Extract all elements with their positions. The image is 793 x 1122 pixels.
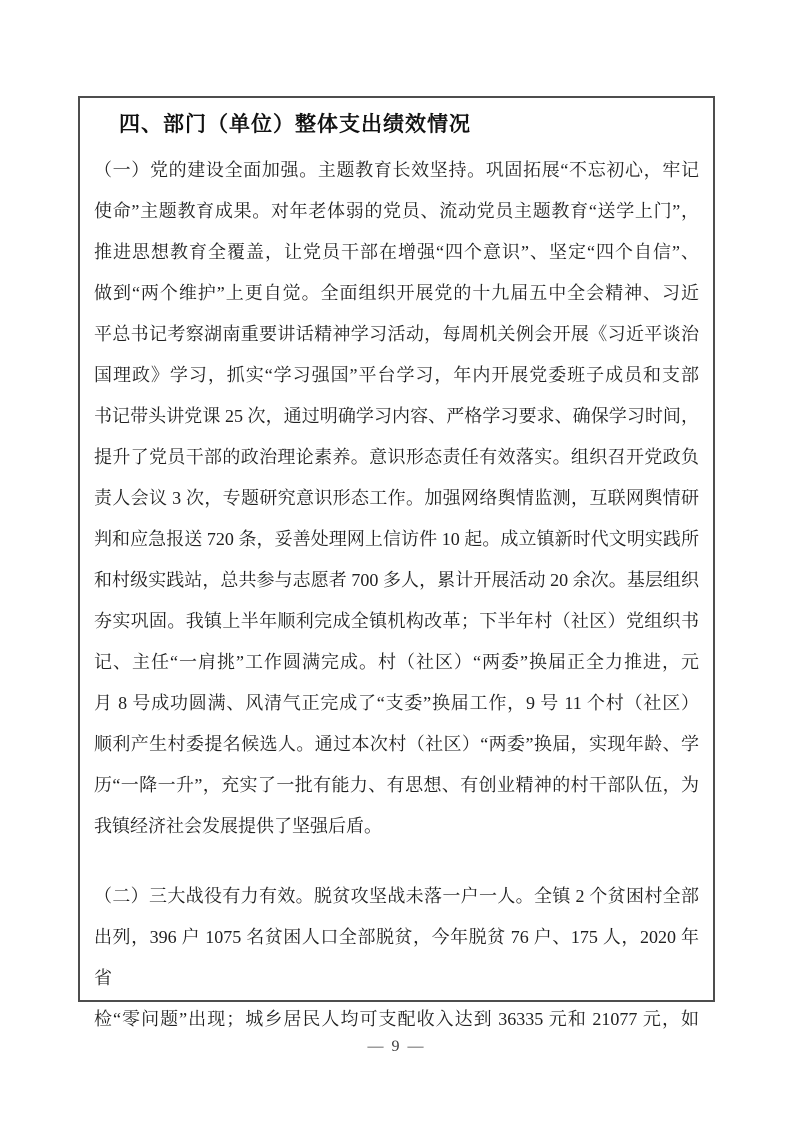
text-line: （一）党的建设全面加强。主题教育长效坚持。巩固拓展“不忘初心，牢记 bbox=[94, 150, 699, 191]
page-number: — 9 — bbox=[0, 1036, 793, 1058]
document-page: 四、部门（单位）整体支出绩效情况 （一）党的建设全面加强。主题教育长效坚持。巩固… bbox=[0, 0, 793, 1122]
text-line: 提升了党员干部的政治理论素养。意识形态责任有效落实。组织召开党政负 bbox=[94, 437, 699, 478]
text-line: 国理政》学习，抓实“学习强国”平台学习，年内开展党委班子成员和支部 bbox=[94, 355, 699, 396]
paragraph-1: （一）党的建设全面加强。主题教育长效坚持。巩固拓展“不忘初心，牢记 使命”主题教… bbox=[94, 150, 699, 847]
text-line: 和村级实践站，总共参与志愿者 700 多人，累计开展活动 20 余次。基层组织 bbox=[94, 560, 699, 601]
text-line: 我镇经济社会发展提供了坚强后盾。 bbox=[94, 806, 699, 847]
content-frame: 四、部门（单位）整体支出绩效情况 （一）党的建设全面加强。主题教育长效坚持。巩固… bbox=[78, 96, 715, 1002]
text-line: 检“零问题”出现；城乡居民人均可支配收入达到 36335 元和 21077 元，… bbox=[94, 999, 699, 1040]
text-line: 夯实巩固。我镇上半年顺利完成全镇机构改革；下半年村（社区）党组织书 bbox=[94, 601, 699, 642]
text-line: 平总书记考察湖南重要讲话精神学习活动，每周机关例会开展《习近平谈治 bbox=[94, 314, 699, 355]
text-line: 月 8 号成功圆满、风清气正完成了“支委”换届工作，9 号 11 个村（社区） bbox=[94, 683, 699, 724]
text-line: 书记带头讲党课 25 次，通过明确学习内容、严格学习要求、确保学习时间， bbox=[94, 396, 699, 437]
text-line: 判和应急报送 720 条，妥善处理网上信访件 10 起。成立镇新时代文明实践所 bbox=[94, 519, 699, 560]
text-line: 历“一降一升”，充实了一批有能力、有思想、有创业精神的村干部队伍，为 bbox=[94, 765, 699, 806]
text-line: 做到“两个维护”上更自觉。全面组织开展党的十九届五中全会精神、习近 bbox=[94, 273, 699, 314]
text-line: 推进思想教育全覆盖，让党员干部在增强“四个意识”、坚定“四个自信”、 bbox=[94, 232, 699, 273]
paragraph-2: （二）三大战役有力有效。脱贫攻坚战未落一户一人。全镇 2 个贫困村全部 出列，3… bbox=[94, 876, 699, 1040]
text-line: 顺利产生村委提名候选人。通过本次村（社区）“两委”换届，实现年龄、学 bbox=[94, 724, 699, 765]
text-line: 责人会议 3 次，专题研究意识形态工作。加强网络舆情监测，互联网舆情研 bbox=[94, 478, 699, 519]
text-line: 记、主任“一肩挑”工作圆满完成。村（社区）“两委”换届正全力推进，元 bbox=[94, 642, 699, 683]
text-line: 使命”主题教育成果。对年老体弱的党员、流动党员主题教育“送学上门”， bbox=[94, 191, 699, 232]
text-line: 出列，396 户 1075 名贫困人口全部脱贫，今年脱贫 76 户、175 人，… bbox=[94, 917, 699, 999]
section-heading: 四、部门（单位）整体支出绩效情况 bbox=[94, 110, 699, 140]
text-line: （二）三大战役有力有效。脱贫攻坚战未落一户一人。全镇 2 个贫困村全部 bbox=[94, 876, 699, 917]
